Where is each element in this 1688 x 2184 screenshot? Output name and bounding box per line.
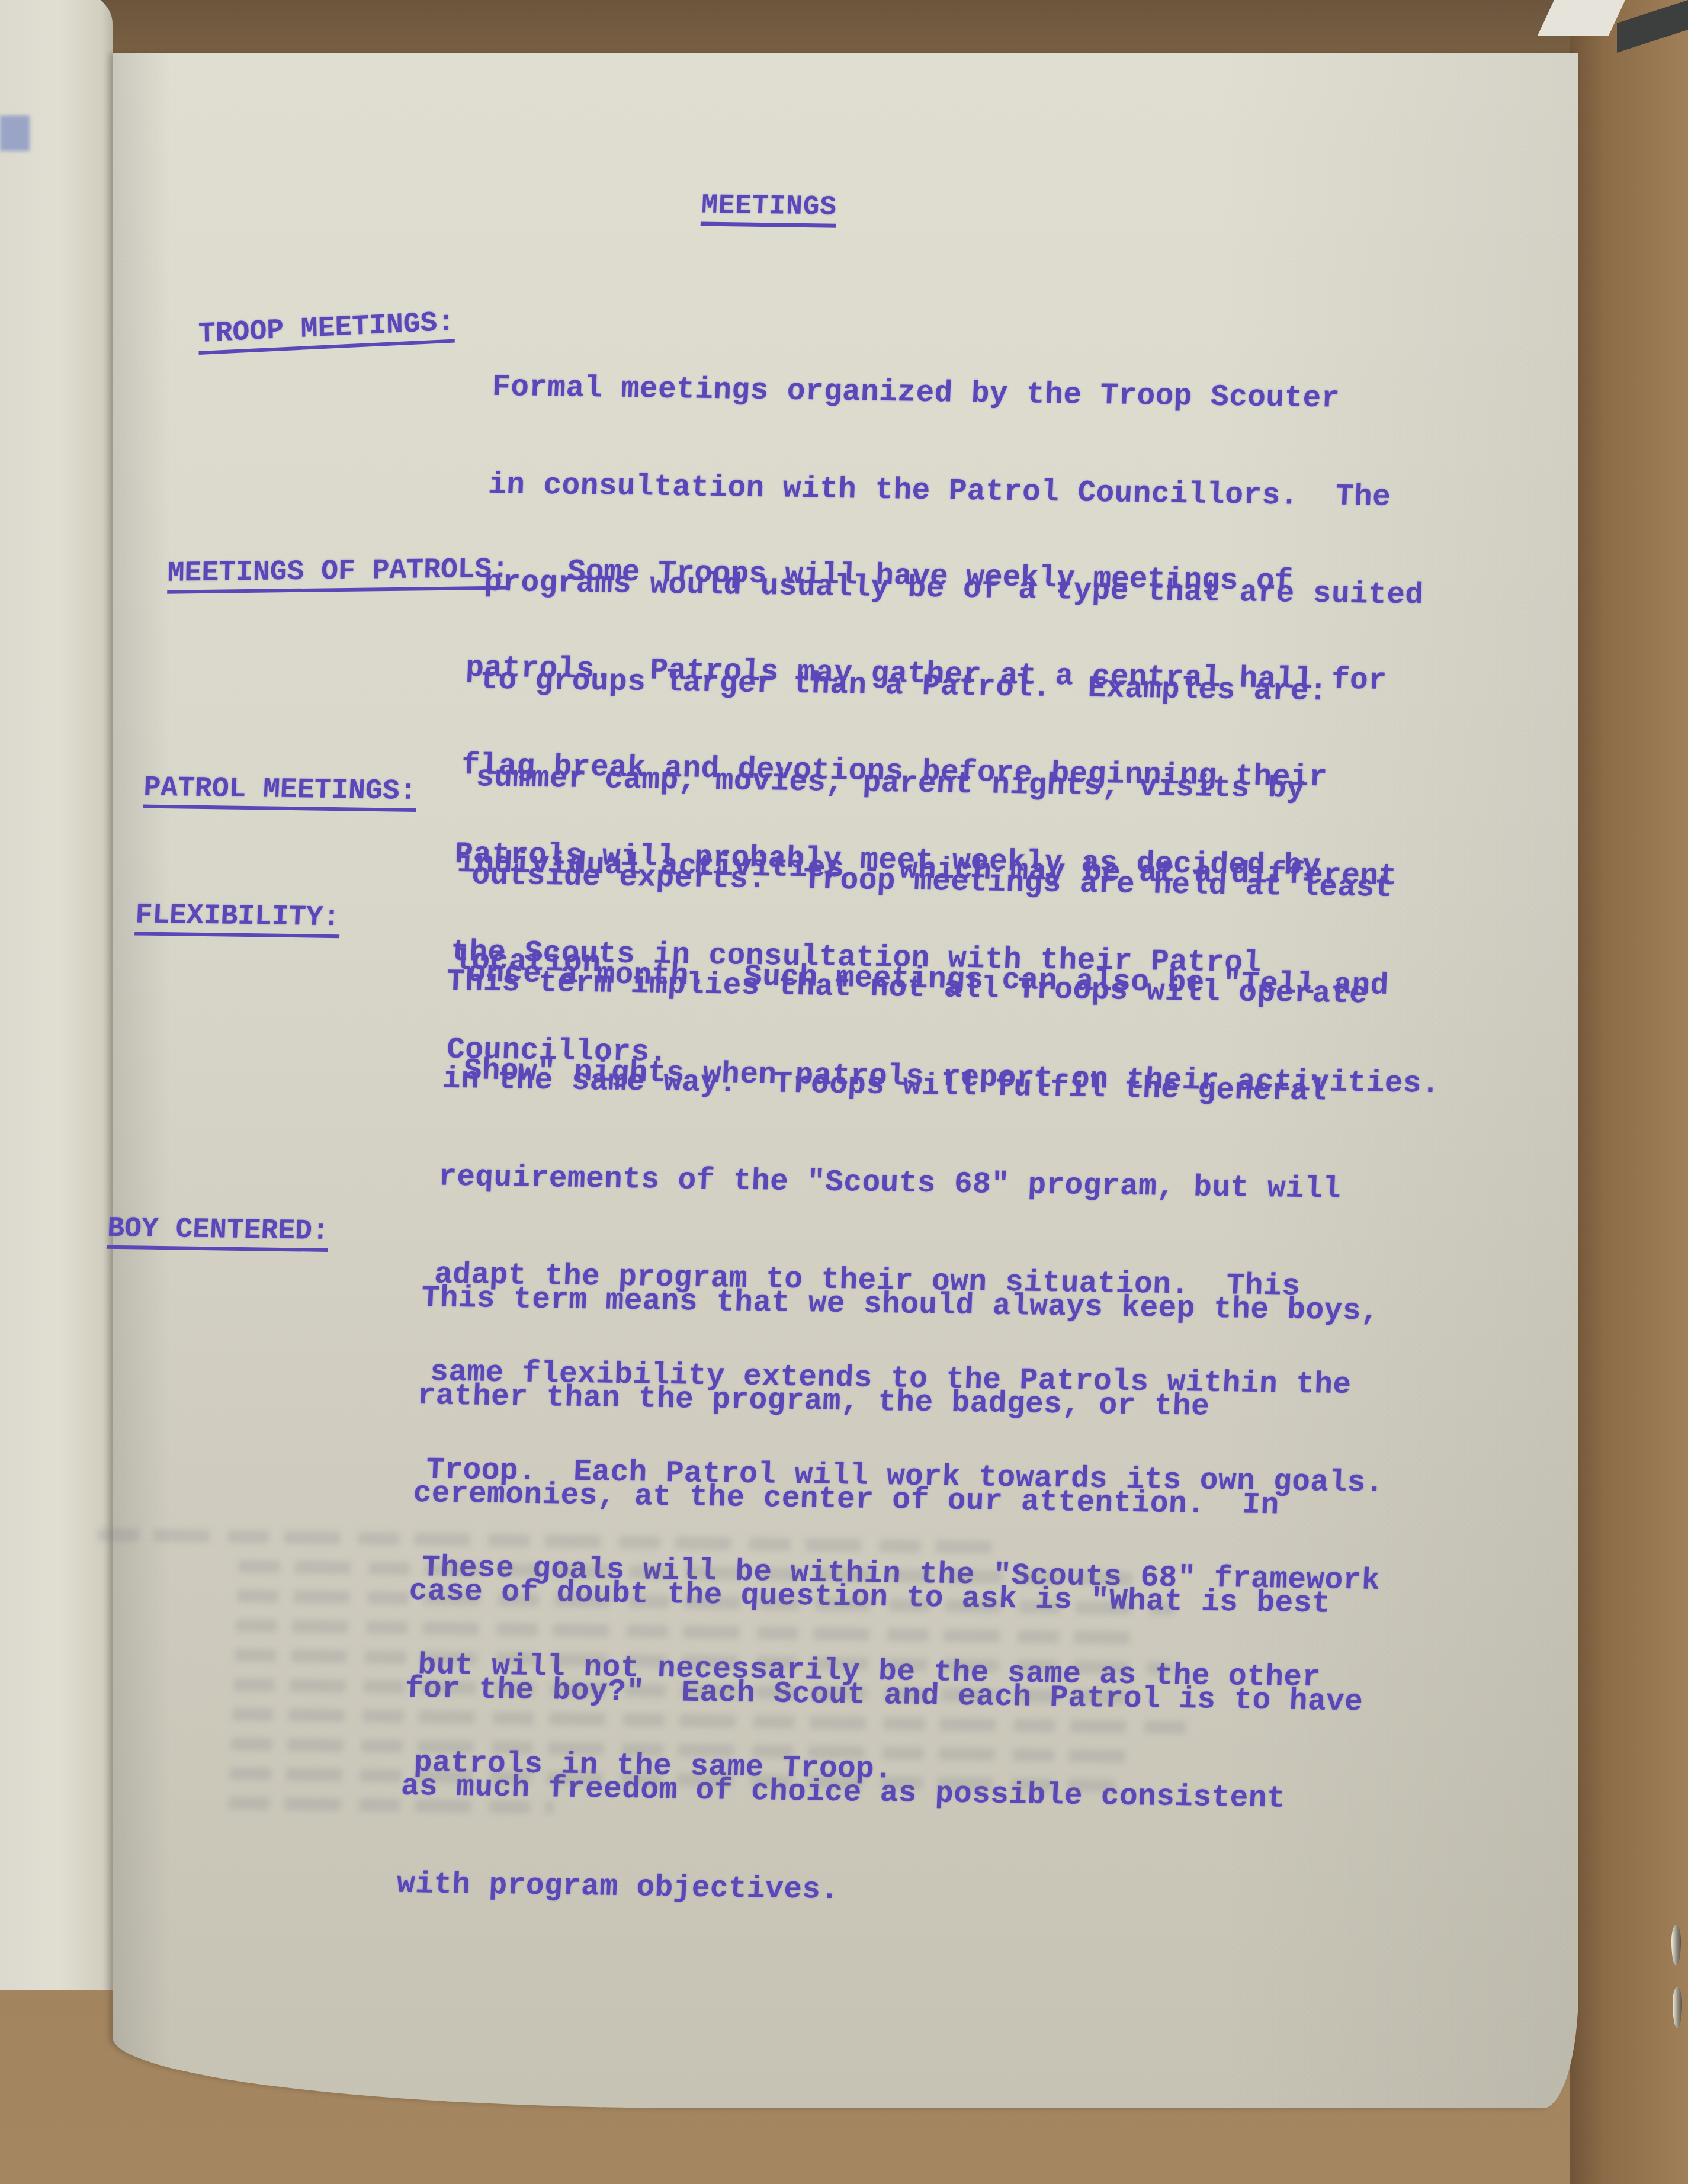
show-through-texture [81, 1512, 1401, 1944]
label-text: MEETINGS OF PATROLS: [167, 554, 509, 594]
label-text: BOY CENTERED: [107, 1213, 330, 1252]
section-label: TROOP MEETINGS: [198, 307, 454, 351]
document-page: MEETINGS TROOP MEETINGS: Formal meetings… [113, 53, 1578, 2108]
text-line: This term implies that not all Troops wi… [446, 966, 1405, 1012]
text-line: This term means that we should always ke… [421, 1282, 1380, 1328]
text-line: in consultation with the Patrol Councill… [487, 469, 1465, 515]
section-label: FLEXIBILITY: [134, 899, 341, 934]
section-label: MEETINGS OF PATROLS: [167, 554, 509, 590]
previous-page-glyph [0, 115, 30, 151]
text-line: in the same way. Troops will fulfil the … [442, 1064, 1401, 1110]
label-text: FLEXIBILITY: [134, 899, 341, 938]
text-line: patrols. Patrols may gather at a central… [465, 652, 1406, 698]
page-title: MEETINGS [701, 191, 837, 228]
label-text: PATROL MEETINGS: [143, 772, 417, 812]
section-label: PATROL MEETINGS: [143, 772, 417, 808]
label-text: TROOP MEETINGS: [198, 307, 455, 355]
text-line: ceremonies, at the center of our attenti… [413, 1478, 1372, 1524]
folder-edge [1570, 0, 1688, 2184]
section-troop-meetings: TROOP MEETINGS: Formal meetings organize… [104, 250, 1525, 271]
text-line: rather than the program, the badges, or … [417, 1380, 1376, 1426]
section-label: BOY CENTERED: [107, 1213, 330, 1248]
text-line: Patrols will probably meet weekly as dec… [454, 839, 1321, 883]
text-line: Formal meetings organized by the Troop S… [492, 371, 1469, 417]
text-line: requirements of the "Scouts 68" program,… [438, 1161, 1397, 1207]
